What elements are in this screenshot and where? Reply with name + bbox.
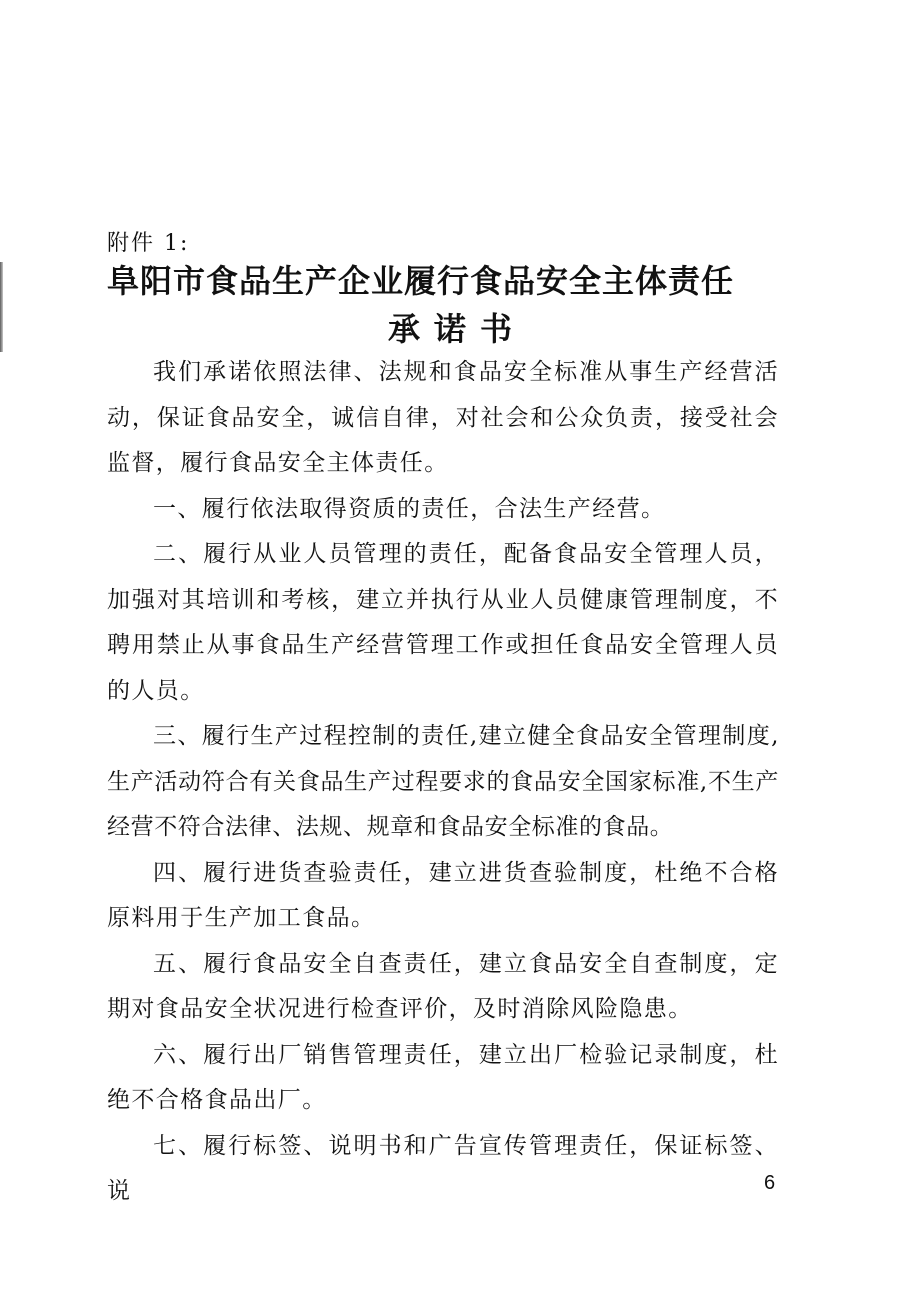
paragraph-item-3: 三、履行生产过程控制的责任,建立健全食品安全管理制度,生产活动符合有关食品生产过…: [107, 714, 779, 851]
document-body: 我们承诺依照法律、法规和食品安全标准从事生产经营活动，保证食品安全，诚信自律，对…: [107, 350, 779, 1215]
paragraph-item-4: 四、履行进货查验责任，建立进货查验制度，杜绝不合格原料用于生产加工食品。: [107, 851, 779, 942]
attachment-label: 附件 1:: [107, 226, 189, 257]
document-subtitle: 承诺书: [107, 304, 787, 350]
paragraph-item-2: 二、履行从业人员管理的责任，配备食品安全管理人员，加强对其培训和考核，建立并执行…: [107, 532, 779, 714]
paragraph-item-6: 六、履行出厂销售管理责任，建立出厂检验记录制度，杜绝不合格食品出厂。: [107, 1033, 779, 1124]
paragraph-item-7: 七、履行标签、说明书和广告宣传管理责任，保证标签、说: [107, 1124, 779, 1215]
paragraph-intro: 我们承诺依照法律、法规和食品安全标准从事生产经营活动，保证食品安全，诚信自律，对…: [107, 350, 779, 487]
page-number: 6: [764, 1172, 775, 1195]
paragraph-item-1: 一、履行依法取得资质的责任，合法生产经营。: [107, 487, 779, 533]
paragraph-item-5: 五、履行食品安全自查责任，建立食品安全自查制度，定期对食品安全状况进行检查评价，…: [107, 942, 779, 1033]
scan-edge-shadow: [0, 262, 3, 352]
document-title: 阜阳市食品生产企业履行食品安全主体责任: [107, 256, 734, 302]
